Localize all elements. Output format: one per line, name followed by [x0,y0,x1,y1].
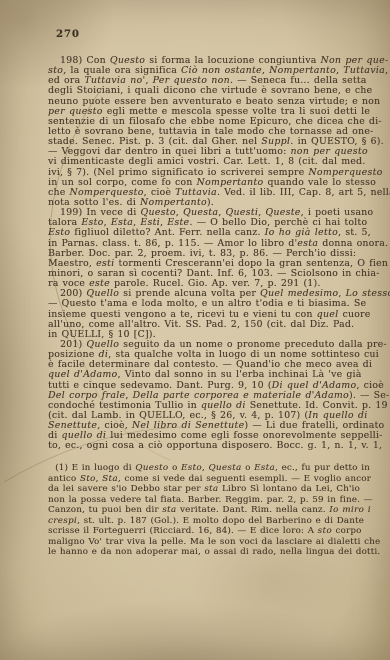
text-line: (1) E in luogo di Questo o Esto, Questa … [48,463,390,474]
main-text-block: 198) Con Questo si forma la locuzione co… [48,56,390,451]
text-line: to, ec., ogni cosa a ciò opportuna dispo… [48,441,390,451]
text-line: antico Sto, Sta, come si vede dai seguen… [48,474,390,485]
page-number: 270 [56,29,80,40]
book-page: 270 198) Con Questo si forma la locuzion… [0,0,390,660]
text-line: maligno Vo' trar viva la pelle. Ma le so… [48,537,390,548]
text-line: Canzon, tu puoi ben dir sta veritate. Da… [48,505,390,516]
text-line: non la possa vedere tal fiata. Barber. R… [48,495,390,506]
footnote-block: (1) E in luogo di Questo o Esto, Questa … [48,463,390,558]
text-line: crespi, st. ult. p. 187 (Gol.). E molto … [48,516,390,527]
text-line: da lei savere s'io Debbo star per sta Li… [48,484,390,495]
text-line: scrisse il Forteguerri (Ricciard. 16, 84… [48,526,390,537]
text-line: le hanno e da non adoperar mai, o assai … [48,547,390,558]
text-line: Esto figliuol diletto? Ant. Ferr. nella … [48,228,390,238]
text-line: — Questo t'ama e loda molto, e un altro … [48,299,390,309]
